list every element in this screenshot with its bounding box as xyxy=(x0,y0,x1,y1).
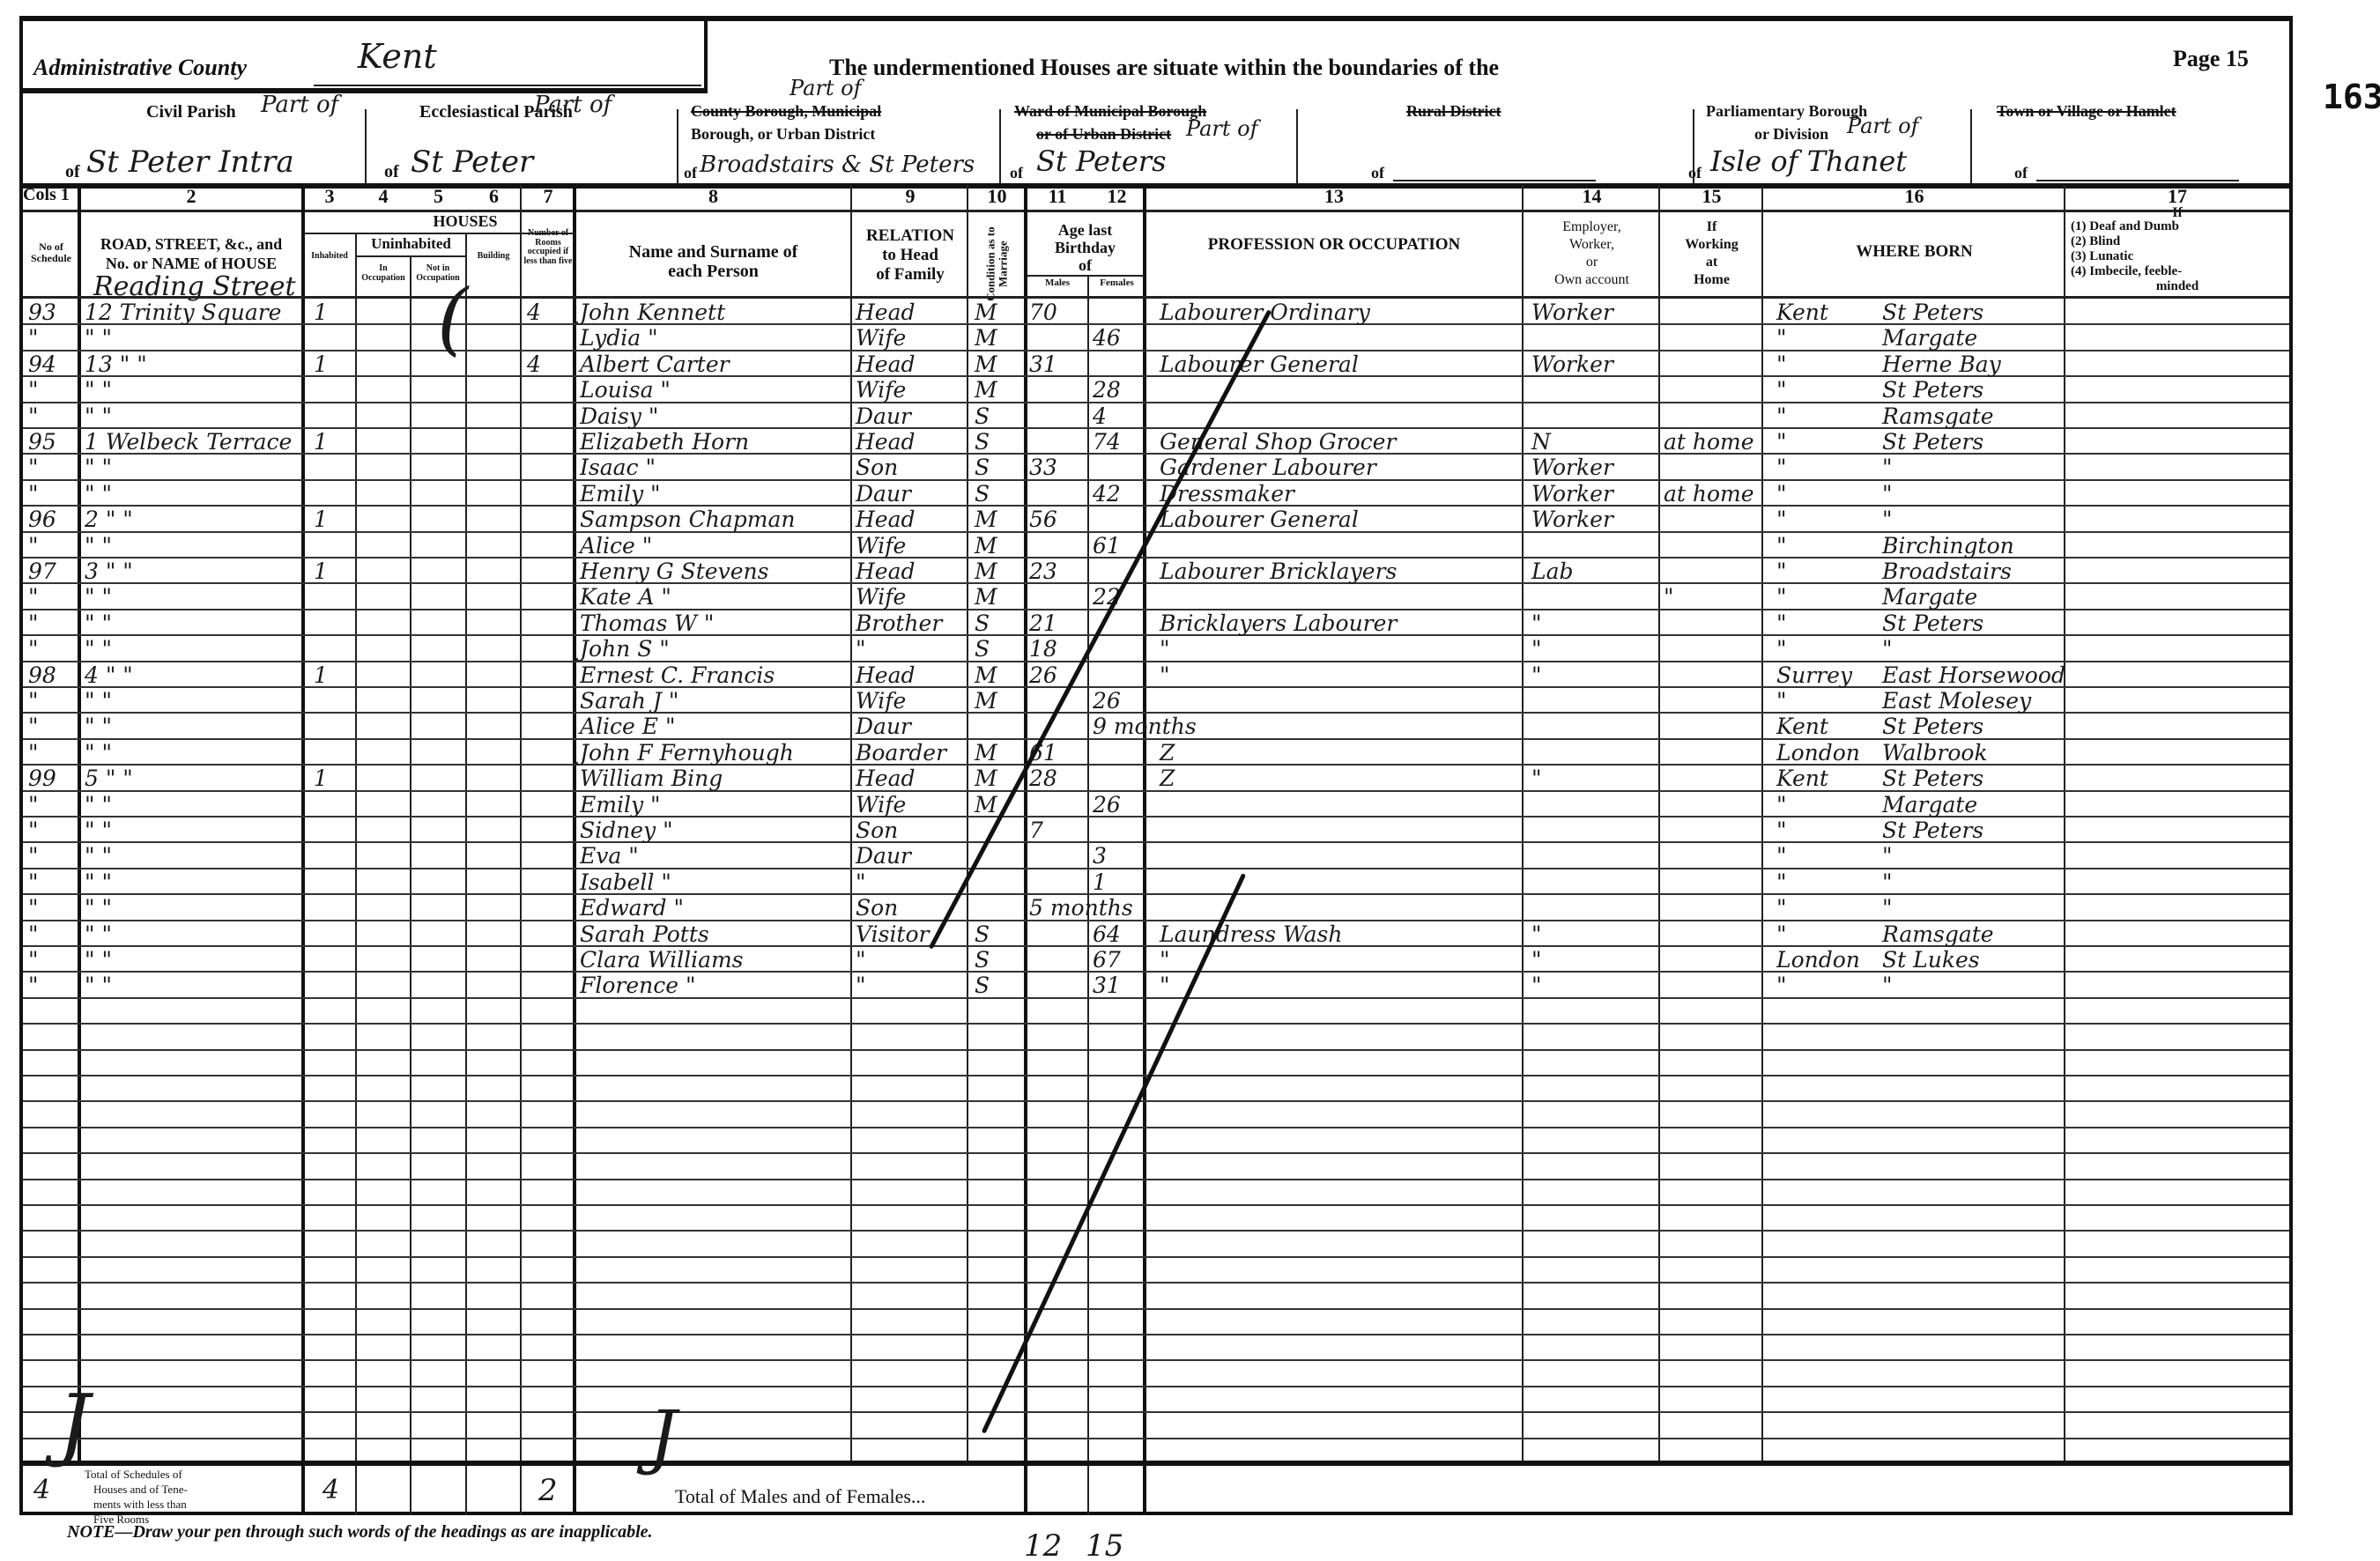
census-row: 995 " "1William BingHeadM28Z"KentSt Pete… xyxy=(23,766,2289,791)
total-label-line: Total of Schedules of xyxy=(85,1468,188,1483)
ward-prefix: of xyxy=(1010,164,1023,182)
margin-total-females: 15 xyxy=(1086,1528,1123,1561)
cell-age-f: 28 xyxy=(1093,377,1142,403)
cell-name: Ernest C. Francis xyxy=(580,662,849,688)
heading-relation-3: of Family xyxy=(852,266,968,284)
cell-born-place: " xyxy=(1882,636,2063,662)
town-village-prefix: of xyxy=(2014,164,2028,182)
census-row: "" "Isaac "SonS33Gardener LabourerWorker… xyxy=(23,455,2289,480)
cell-relation: Head xyxy=(856,507,965,532)
cell-schedule: " xyxy=(28,895,76,921)
cell-address: " " xyxy=(85,843,300,869)
cell-name: Emily " xyxy=(580,481,849,507)
admin-county-label: Administrative County xyxy=(33,55,247,81)
cell-schedule: " xyxy=(28,973,76,998)
parliamentary-prefix: of xyxy=(1688,164,1702,182)
cell-born-county: Surrey xyxy=(1776,662,1873,688)
heading-infirmity-4: (4) Imbecile, feeble- xyxy=(2071,265,2295,279)
cell-relation: Head xyxy=(856,429,965,455)
total-rooms: 2 xyxy=(538,1473,558,1508)
cell-condition: M xyxy=(975,740,1022,766)
cell-occupation: Labourer General xyxy=(1160,507,1521,532)
cell-condition: M xyxy=(975,351,1022,377)
census-row: "" "Sidney "Son7"St Peters xyxy=(23,817,2289,843)
cell-name: Clara Williams xyxy=(580,947,849,973)
cell-address: 13 " " xyxy=(85,351,300,377)
cell-born-place: Birchington xyxy=(1882,533,2063,559)
cell-born-county: " xyxy=(1776,584,1873,610)
cell-age-f: 46 xyxy=(1093,325,1142,351)
cell-age-f: 64 xyxy=(1093,921,1142,947)
cell-address: 5 " " xyxy=(85,766,300,791)
cell-born-county: " xyxy=(1776,507,1873,532)
cell-born-county: " xyxy=(1776,869,1873,895)
cell-name: Sarah J " xyxy=(580,688,849,714)
col-num: 11 xyxy=(1026,185,1089,208)
census-row: "" "Sarah PottsVisitorS64Laundress Wash"… xyxy=(23,921,2289,947)
cell-born-place: Ramsgate xyxy=(1882,921,2063,947)
cell-occupation: Z xyxy=(1160,740,1521,766)
cell-address: " " xyxy=(85,584,300,610)
footer-note: NOTE—Draw your pen through such words of… xyxy=(67,1522,653,1543)
cell-occupation: Gardener Labourer xyxy=(1160,455,1521,480)
census-row: "" "Lydia "WifeM46"Margate xyxy=(23,325,2289,351)
cell-age-f: 31 xyxy=(1093,973,1142,998)
cell-schedule: " xyxy=(28,869,76,895)
totals-top xyxy=(23,1461,2289,1466)
heading-employer-3: or xyxy=(1524,255,1660,270)
cell-name: Alice E " xyxy=(580,714,849,739)
cell-age-f: 1 xyxy=(1093,869,1142,895)
cell-name: Isabell " xyxy=(580,869,849,895)
census-row: "" "Emily "DaurS42DressmakerWorkerat hom… xyxy=(23,481,2289,507)
cell-employment: " xyxy=(1531,947,1657,973)
heading-home-1: If xyxy=(1660,220,1763,235)
census-row: "" "Alice "WifeM61"Birchington xyxy=(23,533,2289,559)
cell-occupation: Labourer Ordinary xyxy=(1160,300,1521,325)
cell-inhabited: 1 xyxy=(314,559,349,584)
cell-born-place: St Peters xyxy=(1882,766,2063,791)
cell-name: Emily " xyxy=(580,792,849,817)
bracket-mark: ( xyxy=(437,272,468,365)
cell-name: Eva " xyxy=(580,843,849,869)
heading-infirmity-2: (2) Blind xyxy=(2071,235,2295,249)
cell-born-place: Broadstairs xyxy=(1882,559,2063,584)
heading-rooms: Number of Rooms occupied if less than fi… xyxy=(523,229,574,266)
rural-district-label: Rural District xyxy=(1406,102,1501,121)
census-row: "" "Clara Williams"S67""LondonSt Lukes xyxy=(23,947,2289,973)
cell-at-home: at home xyxy=(1664,429,1761,455)
census-row: 984 " "1Ernest C. FrancisHeadM26""Surrey… xyxy=(23,662,2289,688)
cell-relation: Head xyxy=(856,300,965,325)
heading-in-occupation: In Occupation xyxy=(358,264,409,283)
cell-relation: Visitor xyxy=(856,921,965,947)
county-borough-label-1: County Borough, Municipal xyxy=(691,102,881,121)
row-rule xyxy=(23,1230,2289,1232)
cell-rooms: 4 xyxy=(527,351,571,377)
cell-address: " " xyxy=(85,817,300,843)
cell-schedule: " xyxy=(28,481,76,507)
cell-schedule: 96 xyxy=(28,507,76,532)
cell-relation: " xyxy=(856,947,965,973)
cell-name: Daisy " xyxy=(580,403,849,429)
cell-born-county: Kent xyxy=(1776,300,1873,325)
cell-address: " " xyxy=(85,610,300,636)
cell-address: " " xyxy=(85,325,300,351)
census-row: "" "Edward "Son5 months"" xyxy=(23,895,2289,921)
cell-name: Kate A " xyxy=(580,584,849,610)
row-rule xyxy=(23,1359,2289,1361)
cell-relation: Daur xyxy=(856,714,965,739)
header-divider xyxy=(999,109,1001,189)
cell-relation: Head xyxy=(856,662,965,688)
cell-address: 12 Trinity Square xyxy=(85,300,300,325)
cell-address: " " xyxy=(85,403,300,429)
cell-age-f: 74 xyxy=(1093,429,1142,455)
cell-employment: Worker xyxy=(1531,351,1657,377)
cell-condition: S xyxy=(975,429,1022,455)
cell-born-place: St Peters xyxy=(1882,429,2063,455)
rural-district-prefix: of xyxy=(1371,164,1384,182)
cell-name: Elizabeth Horn xyxy=(580,429,849,455)
census-row: "" "Louisa "WifeM28"St Peters xyxy=(23,377,2289,403)
census-row: 951 Welbeck Terrace1Elizabeth HornHeadS7… xyxy=(23,429,2289,455)
cell-address: " " xyxy=(85,792,300,817)
header-divider xyxy=(1296,109,1298,189)
cell-address: 2 " " xyxy=(85,507,300,532)
county-borough-label-2: Borough, or Urban District xyxy=(691,125,875,144)
row-rule xyxy=(23,1256,2289,1258)
heading-name-2: each Person xyxy=(575,263,852,281)
age-divider xyxy=(1026,275,1145,277)
heading-age-3: of xyxy=(1026,257,1145,274)
parliamentary-label-1: Parliamentary Borough xyxy=(1706,102,1867,121)
cell-name: Sarah Potts xyxy=(580,921,849,947)
cell-born-place: Walbrook xyxy=(1882,740,2063,766)
cell-age-f: 26 xyxy=(1093,792,1142,817)
col-num: 5 xyxy=(411,185,466,208)
cell-condition: M xyxy=(975,377,1022,403)
cell-address: " " xyxy=(85,481,300,507)
cell-age-f: 3 xyxy=(1093,843,1142,869)
ecclesiastical-parish-annotation: Part of xyxy=(534,92,612,118)
cell-schedule: 98 xyxy=(28,662,76,688)
town-village-underline xyxy=(2036,180,2239,181)
cell-age-f: 42 xyxy=(1093,481,1142,507)
heading-name-1: Name and Surname of xyxy=(575,243,852,262)
total-schedules-count: 4 xyxy=(33,1475,50,1506)
cell-relation: " xyxy=(856,869,965,895)
cell-relation: Daur xyxy=(856,403,965,429)
cell-name: Sidney " xyxy=(580,817,849,843)
cell-relation: Wife xyxy=(856,533,965,559)
cell-condition: S xyxy=(975,921,1022,947)
cell-employment: " xyxy=(1531,610,1657,636)
cell-employment: Worker xyxy=(1531,507,1657,532)
cell-born-county: " xyxy=(1776,843,1873,869)
cell-born-county: " xyxy=(1776,429,1873,455)
cell-condition: M xyxy=(975,584,1022,610)
cell-inhabited: 1 xyxy=(314,766,349,791)
census-sheet: Administrative County Kent The underment… xyxy=(19,16,2293,1515)
cell-born-place: St Peters xyxy=(1882,610,2063,636)
cell-relation: Son xyxy=(856,455,965,480)
row-rule xyxy=(23,1334,2289,1335)
heading-occupation: PROFESSION OR OCCUPATION xyxy=(1145,236,1524,254)
cell-name: Sampson Chapman xyxy=(580,507,849,532)
town-village-label: Town or Village or Hamlet xyxy=(1997,102,2176,121)
ward-label-1: Ward of Municipal Borough xyxy=(1014,102,1206,121)
cell-condition: S xyxy=(975,610,1022,636)
cell-born-place: Margate xyxy=(1882,584,2063,610)
row-rule xyxy=(23,1152,2289,1154)
colnum-row-bottom xyxy=(23,210,2289,212)
cell-schedule: 93 xyxy=(28,300,76,325)
cell-schedule: " xyxy=(28,610,76,636)
heading-building: Building xyxy=(468,252,519,262)
census-row: "" "Eva "Daur3"" xyxy=(23,843,2289,869)
cell-born-county: " xyxy=(1776,403,1873,429)
census-row: "" "John F FernyhoughBoarderM61ZLondonWa… xyxy=(23,740,2289,766)
cell-born-county: " xyxy=(1776,455,1873,480)
parliamentary-value: Isle of Thanet xyxy=(1710,144,1907,178)
cell-name: Edward " xyxy=(580,895,849,921)
rural-district-underline xyxy=(1393,180,1596,181)
cell-name: Louisa " xyxy=(580,377,849,403)
cell-schedule: " xyxy=(28,714,76,739)
cell-condition: M xyxy=(975,325,1022,351)
check-mark: J xyxy=(58,1378,90,1470)
col-num: 16 xyxy=(1763,185,2065,208)
cell-inhabited: 1 xyxy=(314,662,349,688)
cell-name: Isaac " xyxy=(580,455,849,480)
cell-relation: Wife xyxy=(856,688,965,714)
header-divider xyxy=(365,109,367,189)
cell-inhabited: 1 xyxy=(314,429,349,455)
cell-address: " " xyxy=(85,377,300,403)
cell-born-place: " xyxy=(1882,973,2063,998)
cell-born-county: " xyxy=(1776,792,1873,817)
cell-born-county: " xyxy=(1776,895,1873,921)
county-borough-annotation: Part of xyxy=(790,76,861,100)
cell-age-m: 23 xyxy=(1029,559,1086,584)
row-rule xyxy=(23,1049,2289,1051)
total-label-line: Houses and of Tene- xyxy=(85,1483,188,1498)
cell-address: " " xyxy=(85,636,300,662)
col-num: 7 xyxy=(522,185,575,208)
census-row: 973 " "1Henry G StevensHeadM23Labourer B… xyxy=(23,559,2289,584)
total-inhabited: 4 xyxy=(323,1475,339,1506)
heading-males: Males xyxy=(1026,278,1089,289)
col-num: 6 xyxy=(466,185,522,208)
cell-born-place: St Peters xyxy=(1882,714,2063,739)
cell-schedule: " xyxy=(28,325,76,351)
cell-occupation: " xyxy=(1160,636,1521,662)
row-rule xyxy=(23,1023,2289,1025)
census-row: "" "Sarah J "WifeM26"East Molesey xyxy=(23,688,2289,714)
col-num: 2 xyxy=(79,185,303,208)
admin-county-value: Kent xyxy=(358,37,437,76)
cell-name: John Kennett xyxy=(580,300,849,325)
cell-employment: N xyxy=(1531,429,1657,455)
cell-condition: M xyxy=(975,792,1022,817)
cell-address: " " xyxy=(85,947,300,973)
cell-name: Albert Carter xyxy=(580,351,849,377)
check-mark: J xyxy=(649,1395,677,1477)
cell-condition: M xyxy=(975,688,1022,714)
heading-employer-2: Worker, xyxy=(1524,238,1660,253)
cell-born-county: " xyxy=(1776,973,1873,998)
heading-home-2: Working xyxy=(1660,238,1763,253)
heading-females: Females xyxy=(1089,278,1145,289)
row-rule xyxy=(23,1100,2289,1102)
cell-employment: Lab xyxy=(1531,559,1657,584)
census-row: 9312 Trinity Square14John KennettHeadM70… xyxy=(23,300,2289,325)
cell-schedule: " xyxy=(28,740,76,766)
row-rule xyxy=(23,1308,2289,1310)
heading-home-3: at xyxy=(1660,255,1763,270)
row-rule xyxy=(23,1282,2289,1284)
cell-name: Florence " xyxy=(580,973,849,998)
cell-rooms: 4 xyxy=(527,300,571,325)
heading-road-2: No. or NAME of HOUSE xyxy=(81,255,301,272)
cell-relation: Brother xyxy=(856,610,965,636)
cell-age-m: 21 xyxy=(1029,610,1086,636)
cell-age-f: 9 months xyxy=(1093,714,1142,739)
heading-age-1: Age last xyxy=(1026,222,1145,239)
cell-born-place: St Peters xyxy=(1882,377,2063,403)
cell-occupation: " xyxy=(1160,947,1521,973)
cell-address: " " xyxy=(85,921,300,947)
cell-born-county: London xyxy=(1776,947,1873,973)
cell-schedule: " xyxy=(28,921,76,947)
cell-born-place: " xyxy=(1882,843,2063,869)
cell-schedule: 94 xyxy=(28,351,76,377)
heading-schedule: No of Schedule xyxy=(25,241,78,263)
cell-relation: " xyxy=(856,973,965,998)
cell-relation: Head xyxy=(856,559,965,584)
admin-county-box-right xyxy=(704,21,708,90)
cell-born-place: St Peters xyxy=(1882,300,2063,325)
col-num: 10 xyxy=(968,185,1026,208)
cell-born-place: Margate xyxy=(1882,792,2063,817)
cell-address: 1 Welbeck Terrace xyxy=(85,429,300,455)
row-rule xyxy=(23,1438,2289,1439)
cell-condition: S xyxy=(975,481,1022,507)
civil-parish-prefix: of xyxy=(65,162,80,182)
heading-infirmity-1: (1) Deaf and Dumb xyxy=(2071,220,2295,234)
cell-occupation: Dressmaker xyxy=(1160,481,1521,507)
cell-address: " " xyxy=(85,455,300,480)
col-num: 8 xyxy=(575,185,852,208)
cell-born-place: " xyxy=(1882,481,2063,507)
header-divider xyxy=(1970,109,1972,189)
cell-occupation: " xyxy=(1160,973,1521,998)
cell-born-place: " xyxy=(1882,895,2063,921)
cell-born-county: " xyxy=(1776,377,1873,403)
ecclesiastical-parish-value: St Peter xyxy=(411,144,533,180)
census-row: "" "Daisy "DaurS4"Ramsgate xyxy=(23,403,2289,429)
cell-age-m: 56 xyxy=(1029,507,1086,532)
cell-age-m: 5 months xyxy=(1029,895,1086,921)
cell-address: " " xyxy=(85,533,300,559)
cell-employment: Worker xyxy=(1531,455,1657,480)
cell-age-m: 33 xyxy=(1029,455,1086,480)
col-num: 13 xyxy=(1145,185,1524,208)
cell-schedule: " xyxy=(28,403,76,429)
cell-address: " " xyxy=(85,895,300,921)
heading-where-born: WHERE BORN xyxy=(1763,243,2065,261)
heading-uninhabited: Uninhabited xyxy=(356,236,466,252)
census-row: "" "Alice E "Daur9 monthsKentSt Peters xyxy=(23,714,2289,739)
cell-address: " " xyxy=(85,714,300,739)
heading-home-4: Home xyxy=(1660,273,1763,288)
cell-condition: M xyxy=(975,300,1022,325)
county-borough-value: Broadstairs & St Peters xyxy=(700,152,975,178)
ward-label-2: or of Urban District xyxy=(1036,125,1171,144)
cell-schedule: 95 xyxy=(28,429,76,455)
cell-age-m: 28 xyxy=(1029,766,1086,791)
cell-born-county: " xyxy=(1776,636,1873,662)
cell-name: Henry G Stevens xyxy=(580,559,849,584)
cell-relation: Head xyxy=(856,351,965,377)
ward-annotation: Part of xyxy=(1186,116,1257,141)
census-row: "" "Emily "WifeM26"Margate xyxy=(23,792,2289,817)
col-num: 9 xyxy=(852,185,968,208)
header-divider xyxy=(677,109,678,189)
cell-name: John S " xyxy=(580,636,849,662)
civil-parish-label: Civil Parish xyxy=(146,102,236,122)
cell-employment: " xyxy=(1531,636,1657,662)
cell-born-county: " xyxy=(1776,481,1873,507)
heading-inhabited: Inhabited xyxy=(305,252,354,262)
cell-schedule: " xyxy=(28,636,76,662)
cell-inhabited: 1 xyxy=(314,507,349,532)
cell-address: " " xyxy=(85,740,300,766)
heading-infirmity-5: minded xyxy=(2065,280,2289,294)
cell-address: " " xyxy=(85,688,300,714)
cell-schedule: " xyxy=(28,843,76,869)
cell-condition: S xyxy=(975,636,1022,662)
col-num: 4 xyxy=(356,185,411,208)
cell-employment: Worker xyxy=(1531,300,1657,325)
cell-born-county: Kent xyxy=(1776,766,1873,791)
parliamentary-label-2: or Division xyxy=(1754,125,1828,144)
census-row: "" "Thomas W "BrotherS21Bricklayers Labo… xyxy=(23,610,2289,636)
cell-relation: " xyxy=(856,636,965,662)
cell-born-place: Herne Bay xyxy=(1882,351,2063,377)
cell-relation: Wife xyxy=(856,377,965,403)
cell-employment: Worker xyxy=(1531,481,1657,507)
cell-born-place: St Lukes xyxy=(1882,947,2063,973)
cell-schedule: " xyxy=(28,377,76,403)
cell-address: 3 " " xyxy=(85,559,300,584)
heading-infirmity-3: (3) Lunatic xyxy=(2071,250,2295,264)
cell-schedule: " xyxy=(28,533,76,559)
civil-parish-annotation: Part of xyxy=(261,92,338,118)
cell-relation: Wife xyxy=(856,325,965,351)
row-rule xyxy=(23,1075,2289,1076)
cell-age-m: 70 xyxy=(1029,300,1086,325)
row-rule xyxy=(23,1127,2289,1128)
census-row: "" "Isabell ""1"" xyxy=(23,869,2289,895)
cell-at-home: at home xyxy=(1664,481,1761,507)
cell-born-county: " xyxy=(1776,610,1873,636)
census-row: "" "Kate A "WifeM22""Margate xyxy=(23,584,2289,610)
cell-condition: S xyxy=(975,947,1022,973)
cell-employment: " xyxy=(1531,921,1657,947)
cell-occupation: " xyxy=(1160,662,1521,688)
